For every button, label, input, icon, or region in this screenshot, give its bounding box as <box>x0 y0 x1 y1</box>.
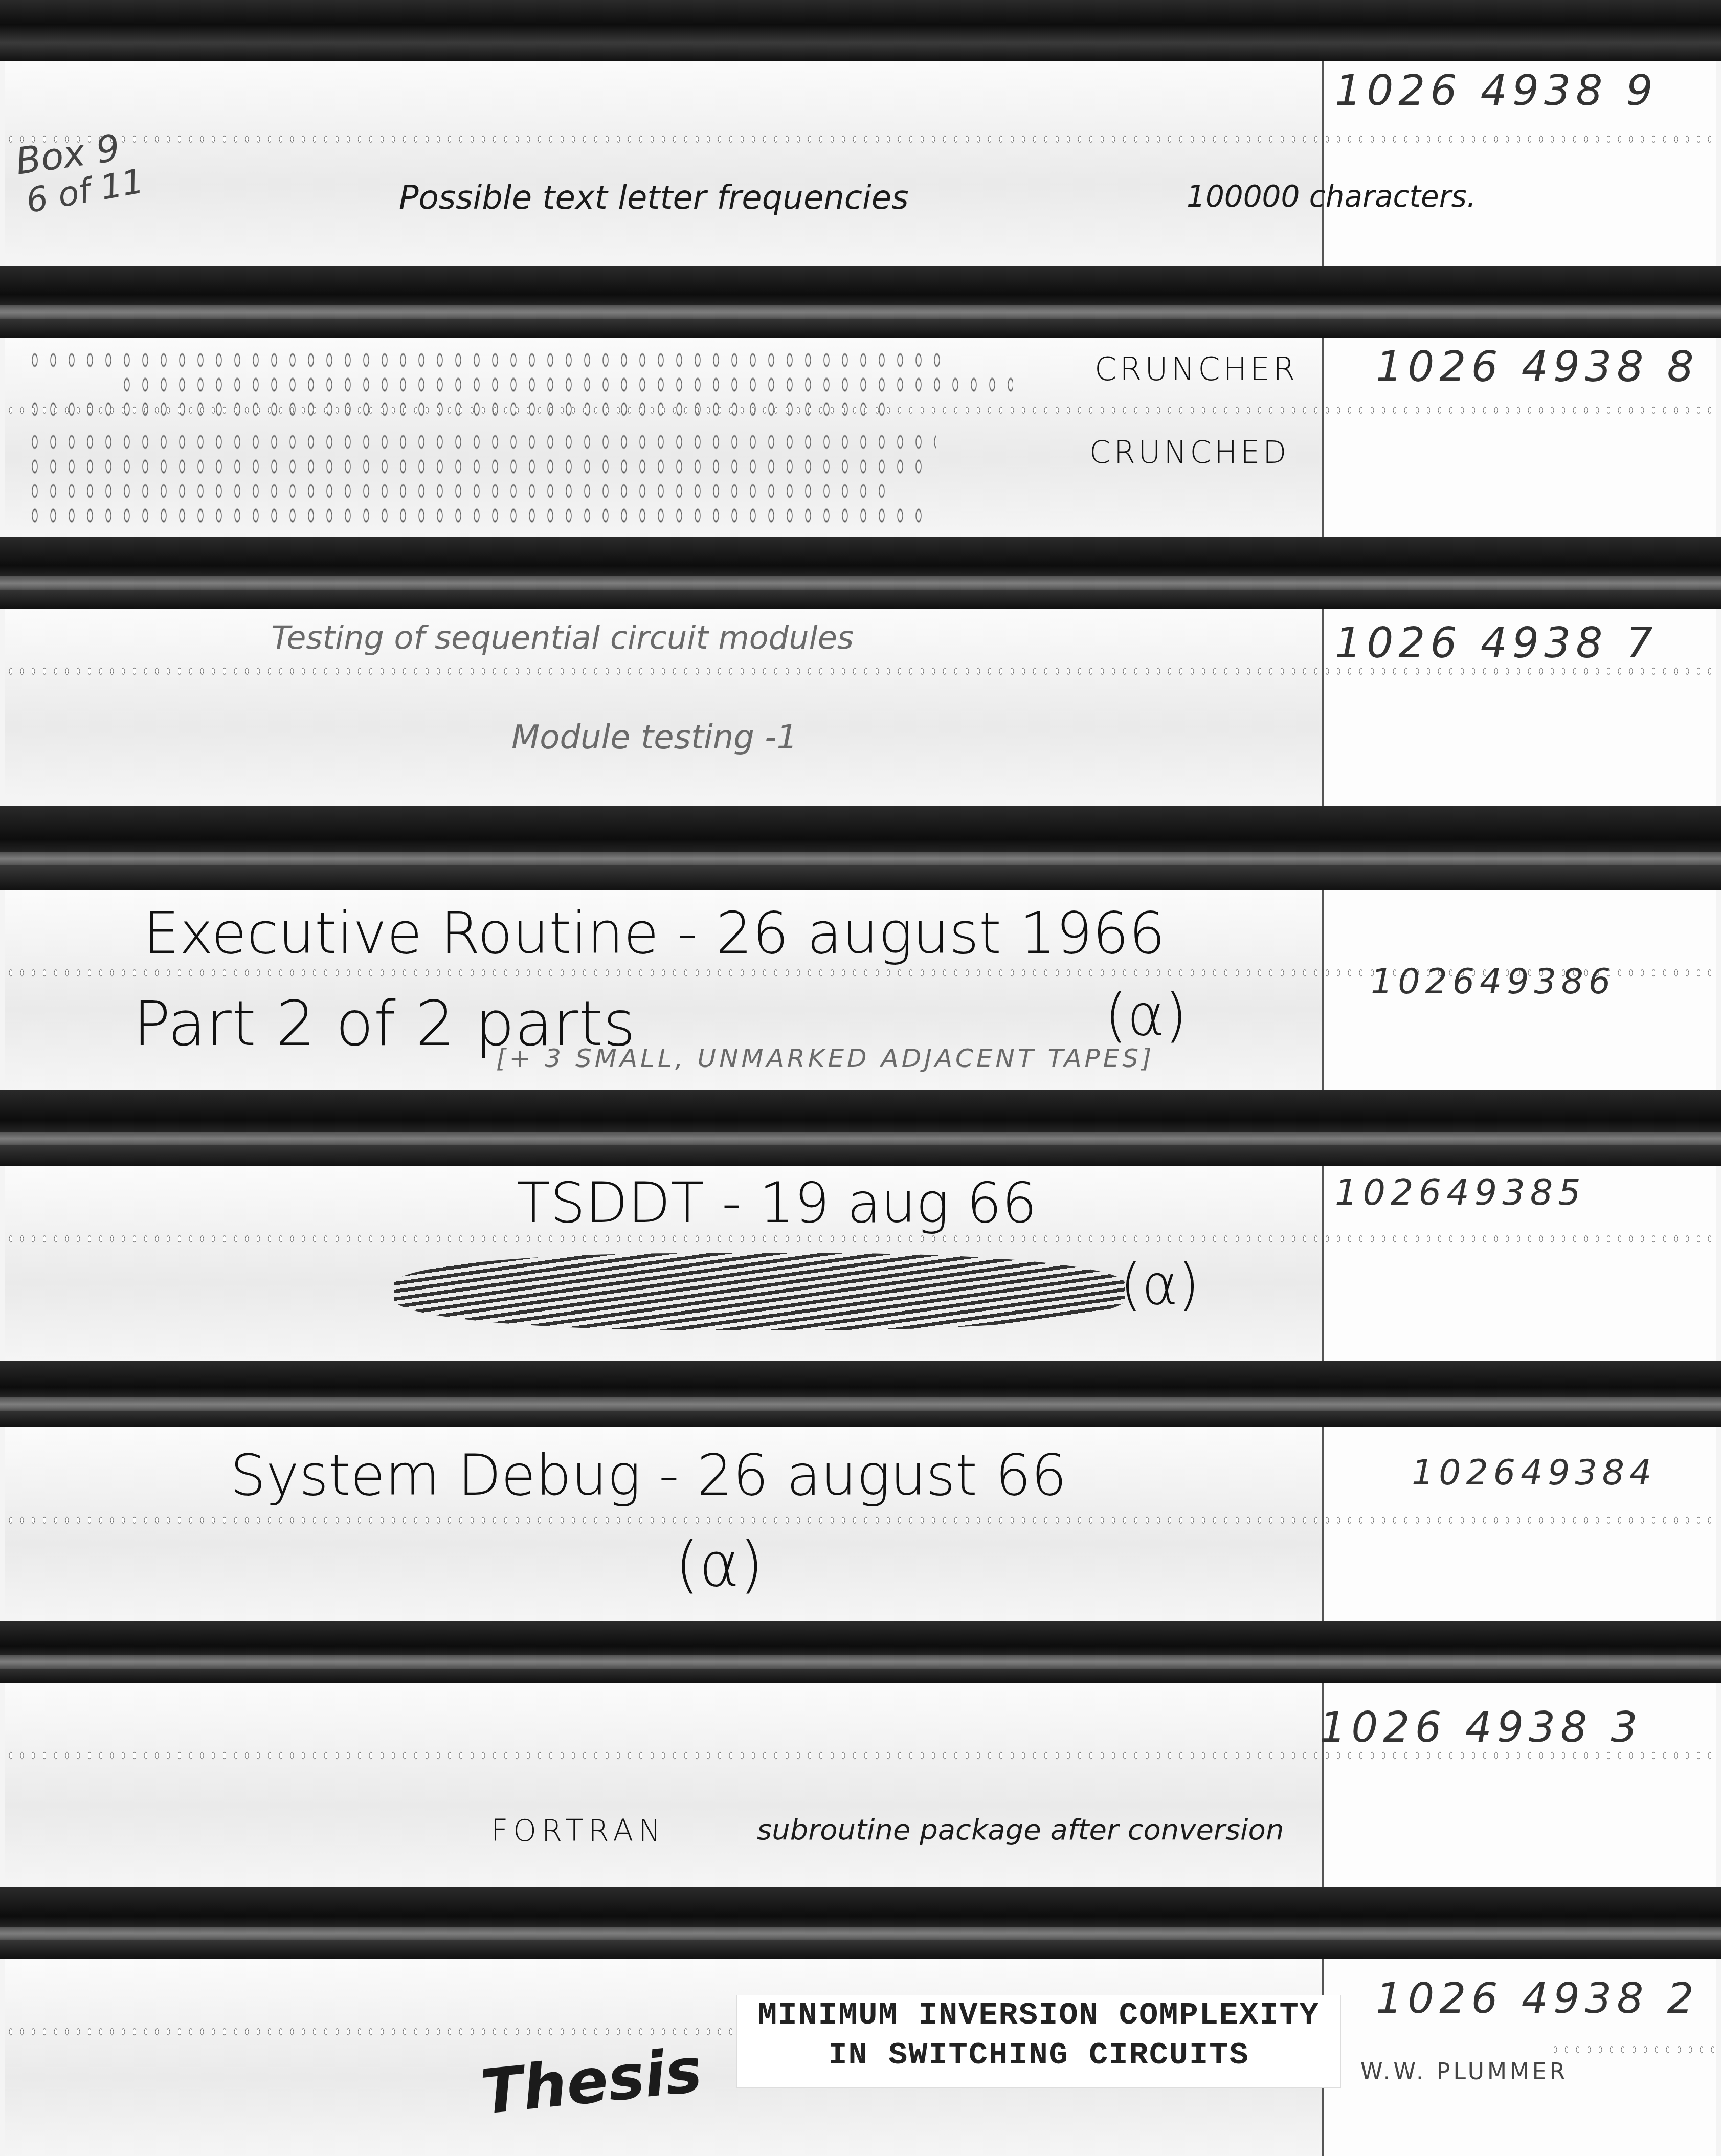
tape-label-line1: Possible text letter frequencies <box>399 179 909 217</box>
scribbled-out-text <box>394 1253 1125 1330</box>
tape-serial: 102649384 <box>1412 1453 1657 1493</box>
tape-label-line1: Executive Routine - 26 august 1966 <box>143 900 1166 967</box>
tape-label-line2: CRUNCHED <box>1089 435 1290 471</box>
tape-serial: 1026 4938 9 <box>1335 66 1658 115</box>
tape-label-line1: System Debug - 26 august 66 <box>230 1442 1067 1508</box>
tape-serial: 1026 4938 8 <box>1376 343 1699 391</box>
thesis-note: Thesis <box>478 2035 705 2128</box>
author-name: W.W. PLUMMER <box>1360 2059 1568 2085</box>
tape-serial: 102649386 <box>1371 962 1616 1002</box>
tape-8: Thesis MINIMUM INVERSION COMPLEXITY IN S… <box>5 1959 1716 2156</box>
tape-serial: 1026 4938 3 <box>1320 1703 1643 1752</box>
tape-label-line2: 100000 characters. <box>1187 179 1476 214</box>
tape-serial: 1026 4938 2 <box>1376 1974 1699 2023</box>
tape-divider <box>0 1361 1721 1427</box>
tape-6: System Debug - 26 august 66 (α) 10264938… <box>5 1427 1716 1621</box>
tape-label-line2: subroutine package after conversion <box>757 1813 1284 1847</box>
tape-2: CRUNCHER CRUNCHED 1026 4938 8 <box>5 338 1716 537</box>
tape-divider <box>0 806 1721 890</box>
typed-title-line1: MINIMUM INVERSION COMPLEXITY <box>737 1995 1340 2035</box>
alpha-mark: (α) <box>1105 982 1187 1049</box>
tape-1: Box 9 6 of 11 Possible text letter frequ… <box>5 61 1716 266</box>
tape-divider <box>0 1887 1721 1959</box>
tape-divider <box>0 266 1721 338</box>
alpha-mark: (α) <box>1120 1253 1199 1317</box>
punched-data-holes <box>26 430 1151 528</box>
tape-5: TSDDT - 19 aug 66 (α) 102649385 <box>5 1166 1716 1361</box>
tape-serial: 1026 4938 7 <box>1335 619 1658 668</box>
tape-note: [+ 3 SMALL, UNMARKED ADJACENT TAPES] <box>496 1043 1155 1073</box>
typed-title-label: MINIMUM INVERSION COMPLEXITY IN SWITCHIN… <box>736 1995 1341 2088</box>
tape-divider <box>0 537 1721 609</box>
tape-7: FORTRAN subroutine package after convers… <box>5 1683 1716 1887</box>
tape-3: Testing of sequential circuit modules Mo… <box>5 609 1716 806</box>
tape-divider <box>0 0 1721 61</box>
tape-label-line1: FORTRAN <box>491 1813 666 1848</box>
tape-divider <box>0 1621 1721 1683</box>
tape-divider <box>0 1090 1721 1166</box>
tape-4: Executive Routine - 26 august 1966 Part … <box>5 890 1716 1090</box>
tape-serial: 102649385 <box>1335 1171 1586 1213</box>
scanned-page: Box 9 6 of 11 Possible text letter frequ… <box>0 0 1721 2156</box>
tape-label-line1: CRUNCHER <box>1094 350 1298 388</box>
tape-label-line1: TSDDT - 19 aug 66 <box>517 1171 1037 1235</box>
alpha-mark: (α) <box>675 1529 764 1601</box>
tape-label-line1: Testing of sequential circuit modules <box>271 619 854 656</box>
tape-label-line2: Module testing -1 <box>511 719 797 757</box>
typed-title-line2: IN SWITCHING CIRCUITS <box>737 2035 1340 2075</box>
